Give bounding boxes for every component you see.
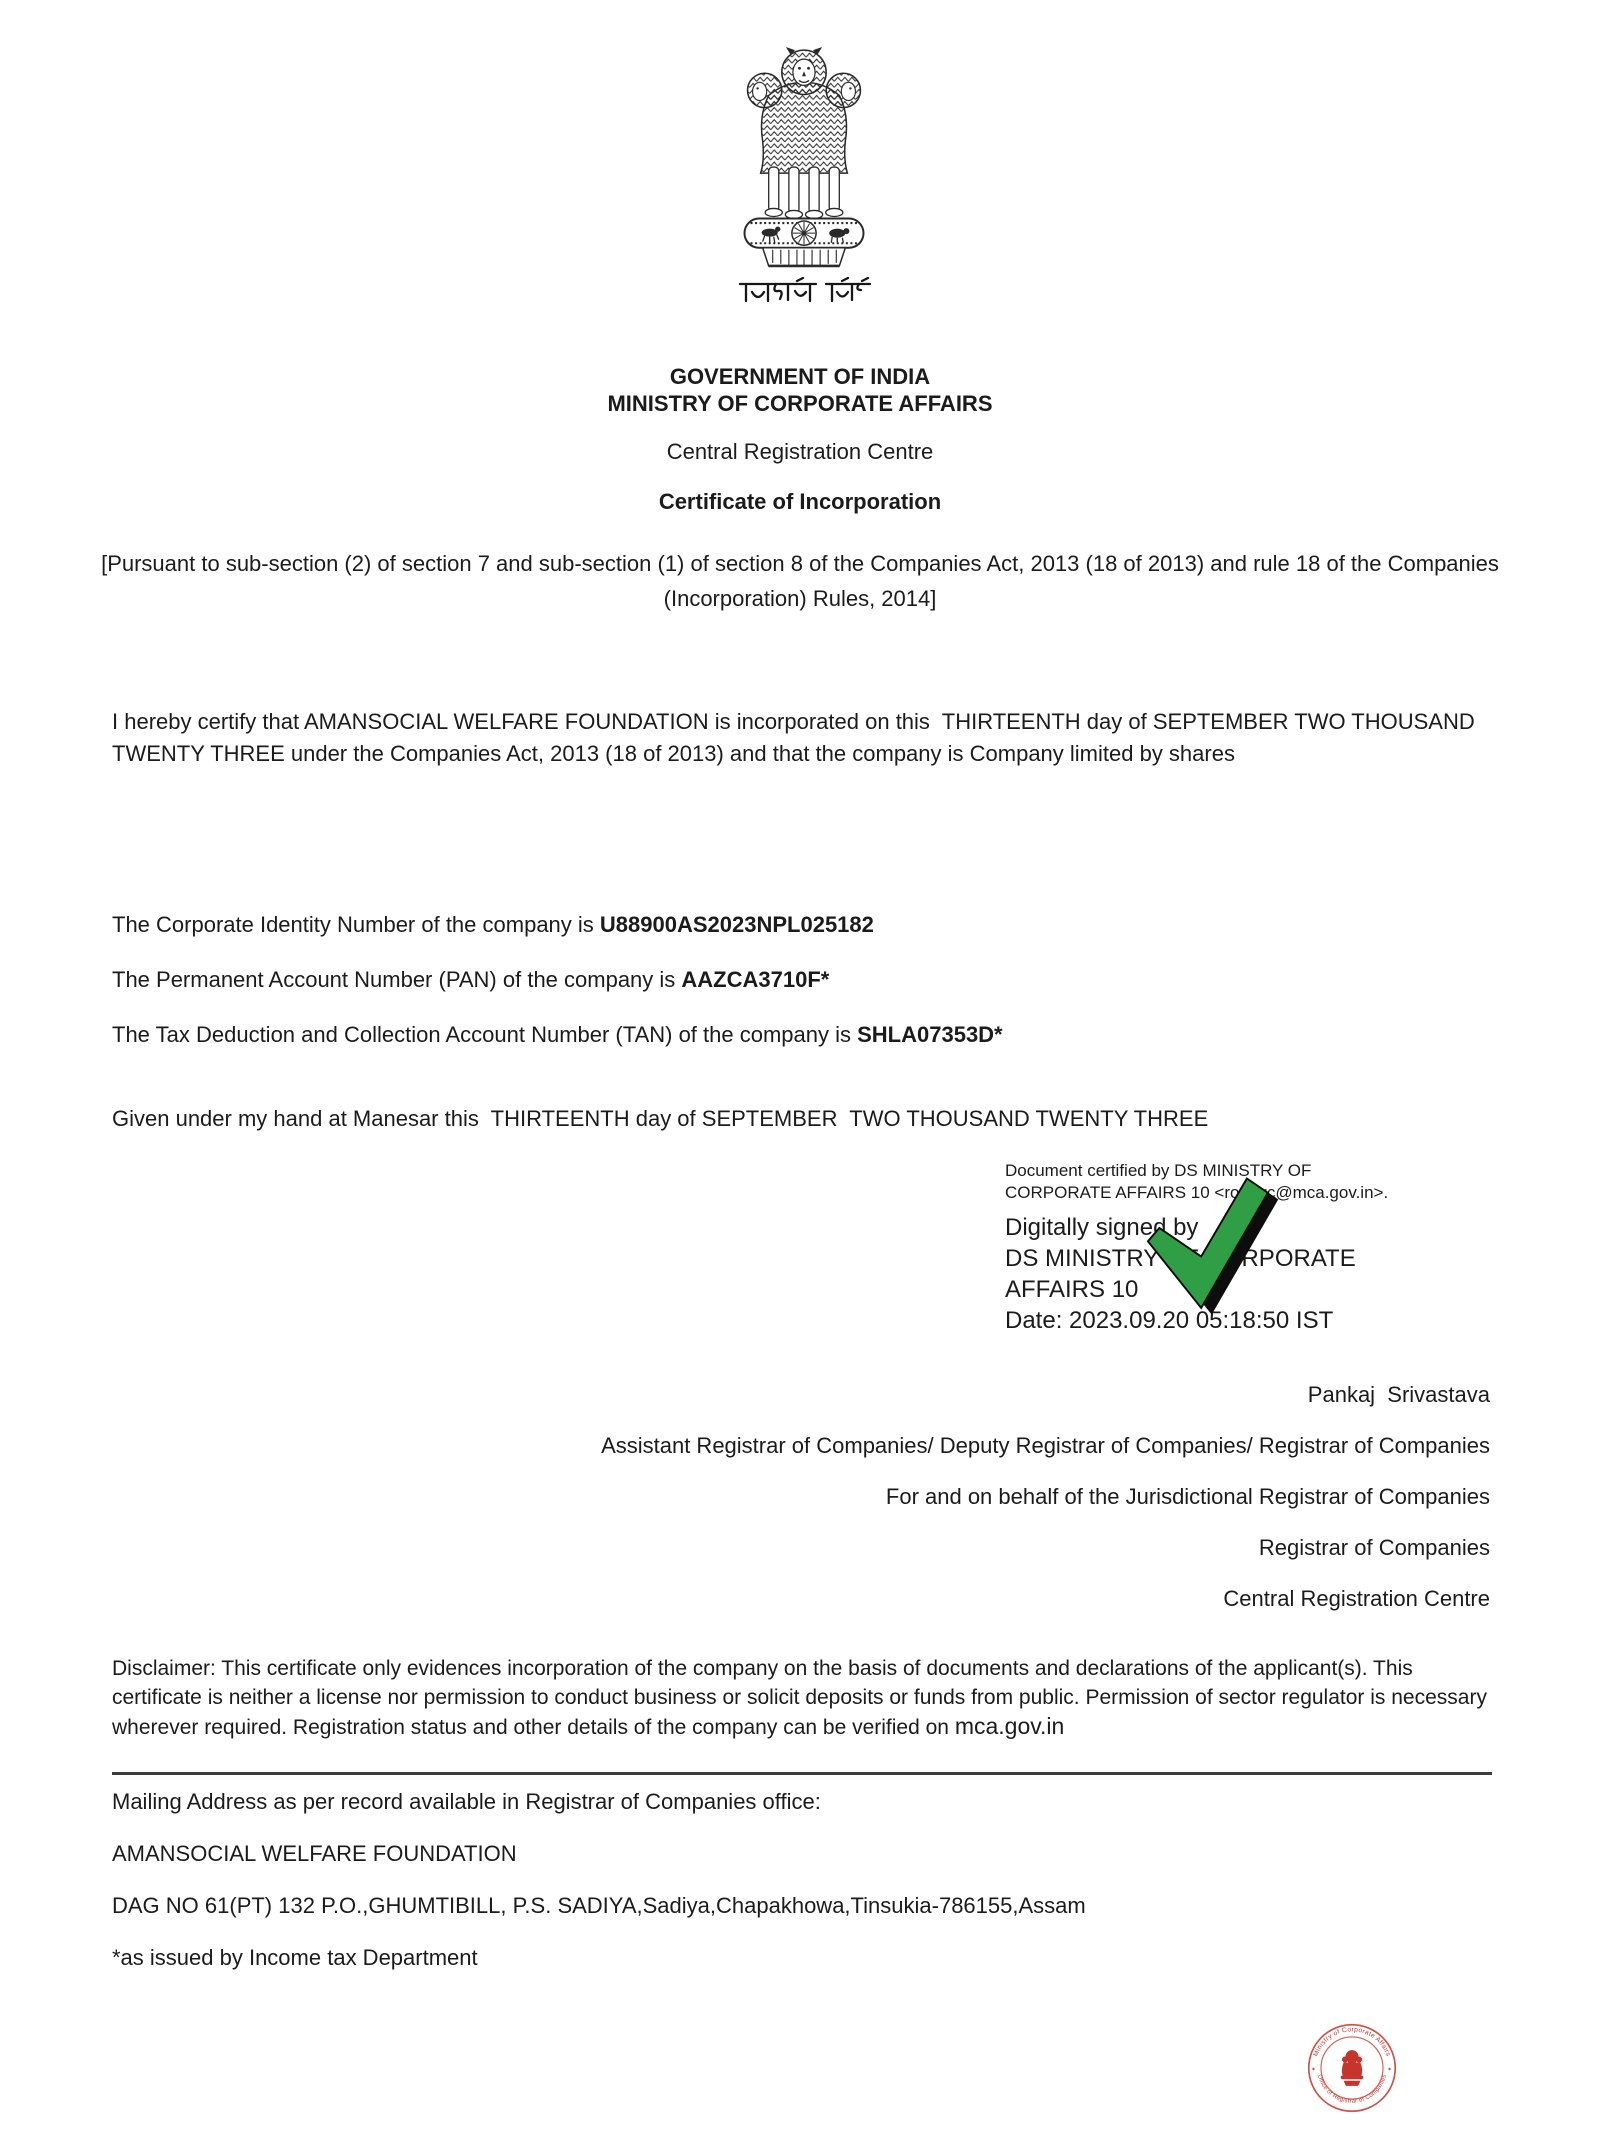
separator-line — [112, 1772, 1492, 1775]
pan-value: AAZCA3710F* — [681, 967, 829, 992]
cin-line: The Corporate Identity Number of the com… — [112, 912, 874, 938]
devanagari-motto-glyphs — [738, 277, 872, 307]
officer-title-1: Assistant Registrar of Companies/ Deputy… — [601, 1435, 1490, 1457]
tan-value: SHLA07353D* — [857, 1022, 1003, 1047]
officer-title-3: Registrar of Companies — [1259, 1537, 1490, 1559]
seal-emblem-icon — [1341, 2050, 1364, 2086]
pan-footnote: *as issued by Income tax Department — [112, 1942, 478, 1974]
pan-line: The Permanent Account Number (PAN) of th… — [112, 967, 829, 993]
roc-seal-icon: Ministry of Corporate Affairs Office of … — [1305, 2021, 1399, 2115]
officer-title-2: For and on behalf of the Jurisdictional … — [886, 1486, 1490, 1508]
cin-value: U88900AS2023NPL025182 — [600, 912, 874, 937]
disclaimer-text: Disclaimer: This certificate only eviden… — [112, 1657, 1487, 1739]
pursuant-clause: [Pursuant to sub-section (2) of section … — [90, 546, 1510, 616]
signature-valid-check-icon — [1146, 1172, 1284, 1327]
satyameva-jayate-motto: सत्यमेव जयते — [738, 277, 872, 307]
roc-seal: Ministry of Corporate Affairs Office of … — [1305, 2021, 1399, 2115]
tan-line: The Tax Deduction and Collection Account… — [112, 1022, 1003, 1048]
government-of-india-heading: GOVERNMENT OF INDIA — [0, 363, 1600, 390]
seal-star-left: ✶ — [1311, 2066, 1316, 2073]
central-registration-centre-heading: Central Registration Centre — [0, 438, 1600, 465]
seal-star-right: ✶ — [1387, 2066, 1392, 2073]
pan-label: The Permanent Account Number (PAN) of th… — [112, 967, 681, 992]
officer-name: Pankaj Srivastava — [1308, 1384, 1490, 1406]
certification-paragraph: I hereby certify that AMANSOCIAL WELFARE… — [112, 706, 1502, 770]
tan-label: The Tax Deduction and Collection Account… — [112, 1022, 857, 1047]
disclaimer-paragraph: Disclaimer: This certificate only eviden… — [112, 1655, 1508, 1743]
ministry-heading: MINISTRY OF CORPORATE AFFAIRS — [0, 390, 1600, 417]
mca-website-text: mca.gov.in — [955, 1713, 1065, 1739]
lion-capital-icon — [728, 40, 880, 274]
mailing-company-address: DAG NO 61(PT) 132 P.O.,GHUMTIBILL, P.S. … — [112, 1890, 1086, 1922]
registrar-signature-block: Pankaj Srivastava Assistant Registrar of… — [601, 1384, 1490, 1610]
certificate-title: Certificate of Incorporation — [0, 488, 1600, 515]
given-under-hand-line: Given under my hand at Manesar this THIR… — [112, 1103, 1512, 1135]
certificate-page: सत्यमेव जयते GOVERNMENT OF INDIA — [0, 0, 1600, 2133]
mailing-address-heading: Mailing Address as per record available … — [112, 1786, 821, 1818]
national-emblem-icon — [728, 40, 880, 274]
officer-title-4: Central Registration Centre — [1223, 1588, 1490, 1610]
cin-label: The Corporate Identity Number of the com… — [112, 912, 600, 937]
mailing-company-name: AMANSOCIAL WELFARE FOUNDATION — [112, 1838, 517, 1870]
